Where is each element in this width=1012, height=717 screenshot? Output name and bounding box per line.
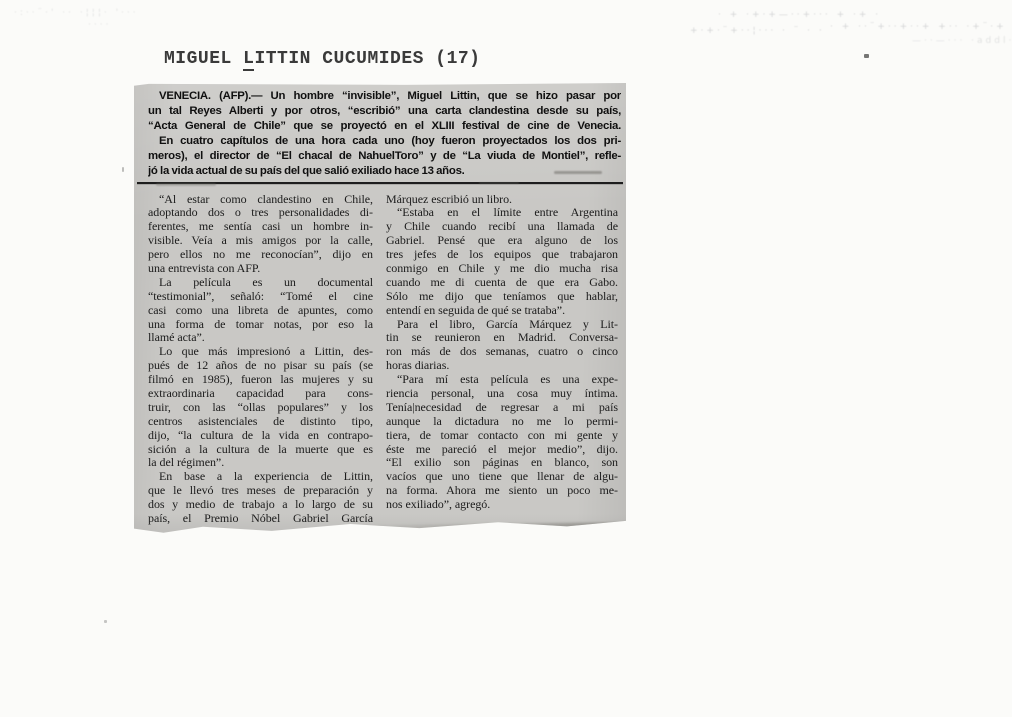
text-line: jó la vida actual de su país del que sal… xyxy=(148,164,621,179)
text-line: ron más de dos semanas, cuatro o cinco xyxy=(386,345,618,359)
scan-noise-row-2: +·+·¨+··¦··· · ¨ · · xyxy=(690,26,825,36)
ink-speck xyxy=(122,167,124,172)
text-line: “testimonial”, señaló: “Tomé el cine xyxy=(148,290,373,304)
lead-section: VENECIA. (AFP).— Un hombre “invisible”, … xyxy=(134,83,626,180)
text-line: tres jefes de los equipos que trabajaron xyxy=(386,248,618,262)
text-line: pero ellos no me reconocían”, dijo en xyxy=(148,248,373,262)
text-line: Gabriel. Pensé que era alguno de los xyxy=(386,234,618,248)
text-line: pués de 12 años de no pisar su país (se xyxy=(148,359,373,373)
text-line: truir, con las “ollas populares” y los xyxy=(148,401,373,415)
text-line: nos exiliado”, agregó. xyxy=(386,498,618,512)
text-line: na forma. Ahora me siento un poco me- xyxy=(386,484,618,498)
page-title: MIGUEL LITTIN CUCUMIDES (17) xyxy=(164,49,480,69)
text-line: Lo que más impresionó a Littin, des- xyxy=(148,345,373,359)
scan-noise-top-left-2: ···· xyxy=(88,20,111,30)
text-line: riencia personal, una cosa muy íntima. xyxy=(386,387,618,401)
scan-noise-row-1: · + ·+·+—··+··· + ·+ · xyxy=(718,10,881,20)
text-line: VENECIA. (AFP).— Un hombre “invisible”, … xyxy=(148,89,621,104)
text-line: centros asistenciales de distinto tipo, xyxy=(148,415,373,429)
text-line: la del régimen”. xyxy=(148,456,373,470)
text-line: conmigo en Chile y me dio mucha risa xyxy=(386,262,618,276)
text-line: que le llevó tres meses de preparación y xyxy=(148,484,373,498)
article-body: “Al estar como clandestino en Chile,adop… xyxy=(134,184,626,526)
text-line: sición a la cultura de la muerte que es xyxy=(148,443,373,457)
text-line: “Para mí esta película es una expe- xyxy=(386,373,618,387)
text-line: filmó en 1985), fueron las mujeres y su xyxy=(148,373,373,387)
text-line: adoptando dos o tres personalidades di- xyxy=(148,206,373,220)
text-line: Tenía|necesidad de regresar a mi país xyxy=(386,401,618,415)
text-line: La película es un documental xyxy=(148,276,373,290)
scanned-page: { "title": { "pre": "MIGUEL ", "underlin… xyxy=(0,0,1012,717)
text-line: En base a la experiencia de Littin, xyxy=(148,470,373,484)
ink-smudge xyxy=(554,171,602,174)
text-line: extraordinaria capacidad para cons- xyxy=(148,387,373,401)
text-line: En cuatro capítulos de una hora cada uno… xyxy=(148,134,621,149)
text-line: dijo, “la cultura de la vida en contrapo… xyxy=(148,429,373,443)
text-line: país, el Premio Nóbel Gabriel García xyxy=(148,512,373,526)
page-title-underlined-letter: L xyxy=(243,49,254,71)
text-line: Sólo me dijo que teníamos que hablar, xyxy=(386,290,618,304)
scan-noise-top-left: ·:··¨·' ·· ·¦¦¦· '··· xyxy=(14,8,139,18)
text-line: llamé acta”. xyxy=(148,331,373,345)
text-line: una forma de tomar notas, por eso la xyxy=(148,318,373,332)
text-line: Para el libro, García Márquez y Lit- xyxy=(386,318,618,332)
text-line: tiera, de tomar contacto con mi gente y xyxy=(386,429,618,443)
text-line: éste me pareció el mejor medio”, dijo. xyxy=(386,443,618,457)
text-line: Márquez escribió un libro. xyxy=(386,193,618,207)
text-line: “Al estar como clandestino en Chile, xyxy=(148,193,373,207)
page-title-prefix: MIGUEL xyxy=(164,49,243,69)
text-line: casi como una libreta de apuntes, como xyxy=(148,304,373,318)
newspaper-clipping: VENECIA. (AFP).— Un hombre “invisible”, … xyxy=(134,83,626,541)
text-line: cuando me di cuenta de que era Gabo. xyxy=(386,276,618,290)
scan-noise-row-4: —··—··· ·addl· · xyxy=(912,36,1012,46)
text-line: tin se reunieron en Madrid. Conversa- xyxy=(386,331,618,345)
text-line: una entrevista con AFP. xyxy=(148,262,373,276)
text-line: dos y medio de trabajo a lo largo de su xyxy=(148,498,373,512)
left-column: “Al estar como clandestino en Chile,adop… xyxy=(148,193,373,526)
text-line: “El exilio son páginas en blanco, son xyxy=(386,456,618,470)
text-line: un tal Reyes Alberti y por otros, “escri… xyxy=(148,104,621,119)
scan-noise-row-3: · + ··¨+··+··+ +·· ·+¨·+ + xyxy=(830,22,1012,32)
text-line: “Estaba en el límite entre Argentina xyxy=(386,206,618,220)
ink-speck xyxy=(864,54,869,58)
ink-speck xyxy=(104,620,107,623)
ink-smudge xyxy=(479,182,519,184)
text-line: entendí en seguida de qué se trataba”. xyxy=(386,304,618,318)
right-column: Márquez escribió un libro.“Estaba en el … xyxy=(386,193,618,526)
text-line: visible. Veía a mis amigos por la calle, xyxy=(148,234,373,248)
ink-smudge xyxy=(156,183,216,186)
text-line: “Acta General de Chile” que se proyectó … xyxy=(148,119,621,134)
text-line: aunque la dictadura no me lo permi- xyxy=(386,415,618,429)
text-line: meros), el director de “El chacal de Nah… xyxy=(148,149,621,164)
text-line: vacíos que uno tiene que llenar de algu- xyxy=(386,470,618,484)
text-line: horas diarias. xyxy=(386,359,618,373)
text-line: y Chile cuando recibí una llamada de xyxy=(386,220,618,234)
page-title-suffix: ITTIN CUCUMIDES (17) xyxy=(254,49,480,69)
text-line: ferentes, me sentía casi un hombre in- xyxy=(148,220,373,234)
